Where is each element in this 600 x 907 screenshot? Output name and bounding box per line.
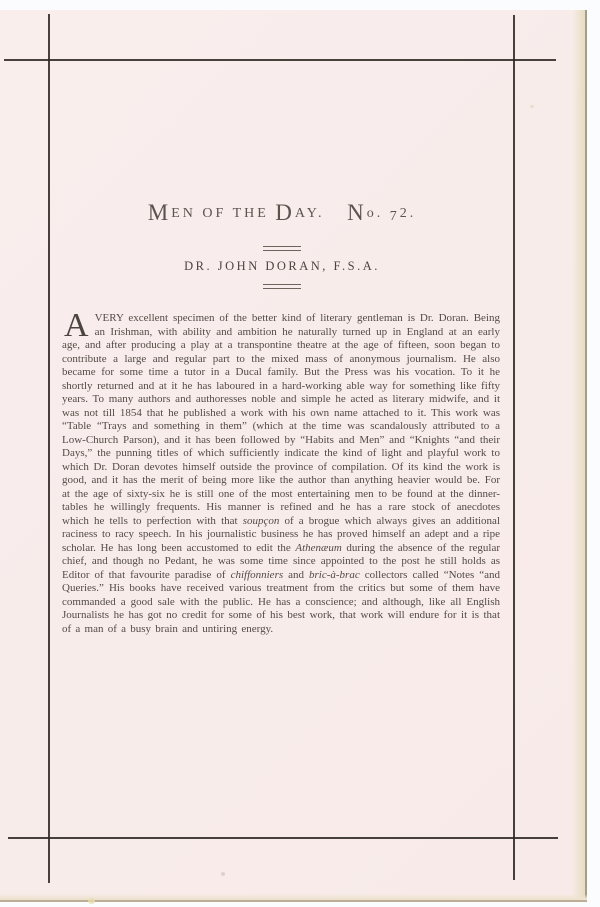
masthead-initial-d: D bbox=[275, 200, 295, 225]
masthead-ay: AY. bbox=[295, 206, 325, 221]
article-italic-term: chiffonniers bbox=[231, 569, 284, 581]
masthead-no-o: o. bbox=[367, 206, 384, 221]
article-italic-term: Athenæum bbox=[295, 542, 341, 554]
subject-title: DR. JOHN DORAN, F.S.A. bbox=[48, 259, 516, 274]
scan-canvas: MEN OF THE DAY. No. 72. DR. JOHN DORAN, … bbox=[0, 0, 600, 907]
double-rule-divider bbox=[263, 284, 301, 289]
printed-column: MEN OF THE DAY. No. 72. DR. JOHN DORAN, … bbox=[48, 0, 516, 907]
paper-edge-right bbox=[572, 10, 587, 902]
series-title: MEN OF THE DAY. No. 72. bbox=[48, 200, 516, 226]
drop-cap: A bbox=[62, 312, 95, 339]
masthead-the: THE bbox=[233, 206, 269, 221]
double-rule-divider bbox=[263, 246, 301, 251]
paper-speck bbox=[530, 105, 534, 108]
masthead-en: EN bbox=[171, 206, 196, 221]
issue-number-7: 7 bbox=[390, 209, 400, 224]
masthead-of: OF bbox=[202, 206, 226, 221]
article-seg: VERY excellent specimen of the better ki… bbox=[62, 312, 500, 527]
article-italic-term: bric-à-brac bbox=[309, 569, 360, 581]
article-seg: and bbox=[283, 569, 309, 581]
masthead-initial-m: M bbox=[148, 200, 171, 225]
article-body: AVERY excellent specimen of the better k… bbox=[62, 312, 500, 636]
issue-number-2: 2. bbox=[400, 206, 417, 221]
article-italic-term: soupçon bbox=[243, 515, 280, 527]
masthead-initial-n: N bbox=[347, 200, 367, 225]
